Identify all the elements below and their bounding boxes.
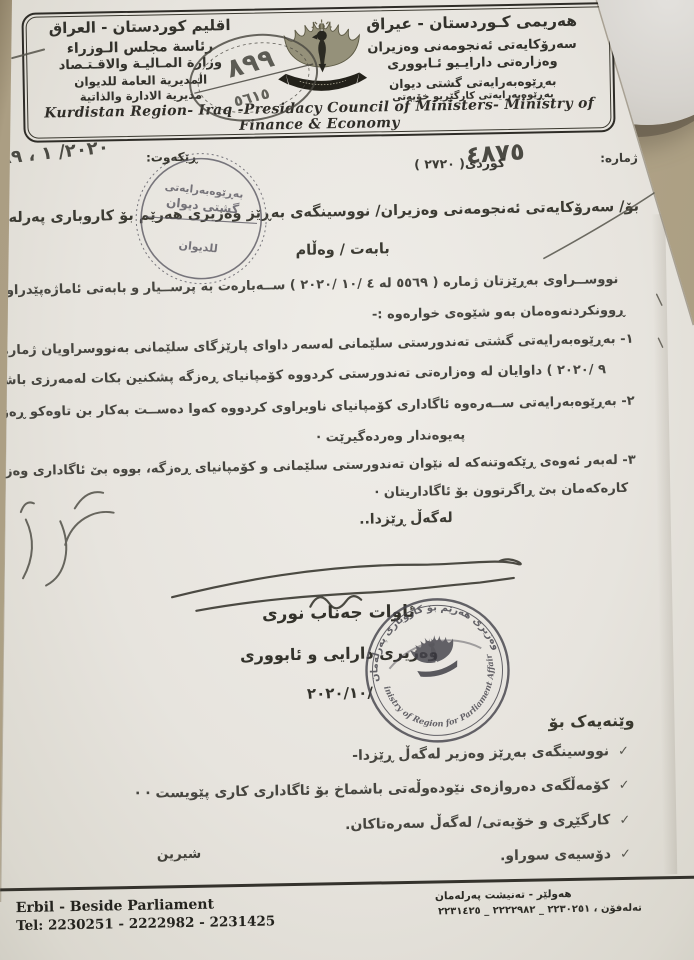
- photo-background: هەریمی کـوردستان - عیراق سەرۆکایەتی ئەنج…: [0, 0, 694, 960]
- pen-marks: [0, 0, 694, 960]
- letter-content: هەریمی کـوردستان - عیراق سەرۆکایەتی ئەنج…: [0, 0, 694, 960]
- letter-paper: هەریمی کـوردستان - عیراق سەرۆکایەتی ئەنج…: [0, 0, 694, 960]
